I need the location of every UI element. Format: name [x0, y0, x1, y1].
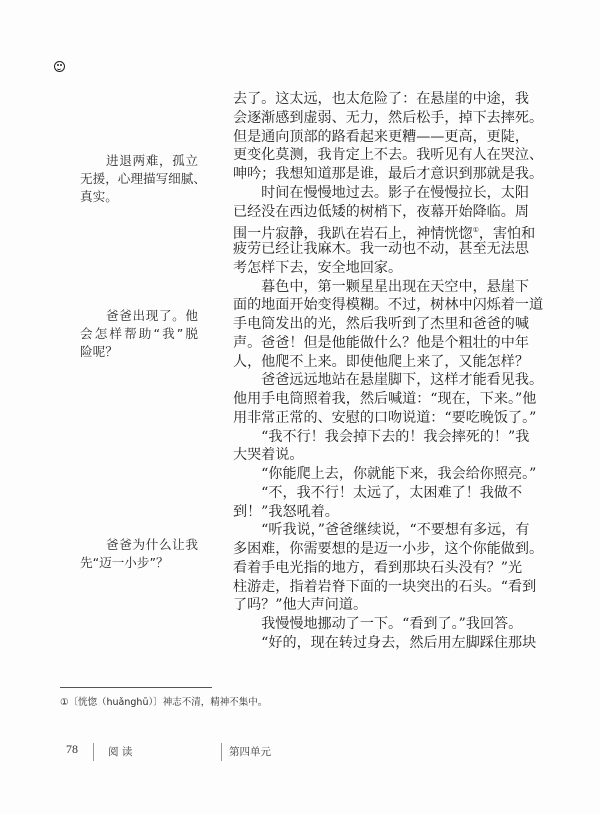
text-line: 考怎样下去，安全地回家。 [233, 259, 515, 278]
text-line: “你能爬上去，你就能下来，我会给你照亮。” [233, 465, 515, 484]
side-note-line: 真实。 [80, 188, 198, 206]
text-line: 用非常正常的、安慰的口吻说道：“要吃晚饭了。” [233, 409, 515, 428]
text-line: 去了。这太远，也太危险了：在悬崖的中途，我 [233, 90, 515, 109]
page-number: 78 [66, 742, 78, 757]
side-note-line: 爸爸为什么让我 [80, 536, 198, 554]
footnote: ①〔恍惚（huǎnghū）〕神志不清，精神不集中。 [60, 694, 267, 708]
text-line: 已经没在西边低矮的树梢下，夜幕开始降临。周 [233, 203, 515, 222]
text-line: 他用手电筒照着我，然后喊道：“现在，下来。”他 [233, 390, 515, 409]
footer-unit: 第四单元 [229, 744, 271, 759]
text-line: 时间在慢慢地过去。影子在慢慢拉长，太阳 [233, 184, 515, 203]
text-line: 人，他爬不上来。即使他爬上来了，又能怎样？ [233, 353, 515, 372]
side-note-line: 先“迈一小步”？ [80, 554, 198, 572]
text-line-with-footnote: 围一片寂静，我趴在岩石上，神情恍惚①，害怕和 [233, 221, 515, 240]
side-note-line: 无援，心理描写细腻、 [80, 170, 198, 188]
text-line: 会逐渐感到虚弱、无力，然后松手，掉下去摔死。 [233, 109, 515, 128]
text-line: 暮色中，第一颗星星出现在天空中，悬崖下 [233, 278, 515, 297]
text-line: “听我说，”爸爸继续说，“不要想有多远，有 [233, 521, 515, 540]
main-text: 去了。这太远，也太危险了：在悬崖的中途，我 会逐渐感到虚弱、无力，然后松手，掉下… [233, 90, 515, 653]
side-note-3: 爸爸为什么让我 先“迈一小步”？ [80, 536, 198, 572]
text-line: 呻吟；我想知道那是谁，最后才意识到那就是我。 [233, 165, 515, 184]
footer-separator [93, 743, 94, 761]
text-line: 面的地面开始变得模糊。不过，树林中闪烁着一道 [233, 296, 515, 315]
text-line: 疲劳已经让我麻木。我一动也不动，甚至无法思 [233, 240, 515, 259]
text-line: 爸爸远远地站在悬崖脚下，这样才能看见我。 [233, 371, 515, 390]
footer-section: 阅 读 [108, 744, 132, 759]
text-line: 更变化莫测，我肯定上不去。我听见有人在哭泣、 [233, 146, 515, 165]
text-line: “不，我不行！太远了，太困难了！我做不 [233, 484, 515, 503]
text-line: “我不行！我会掉下去的！我会摔死的！”我 [233, 428, 515, 447]
text-line: “好的，现在转过身去，然后用左脚踩住那块 [233, 634, 515, 653]
text-line: 柱游走，指着岩脊下面的一块突出的石头。“看到 [233, 578, 515, 597]
side-note-1: 进退两难，孤立 无援，心理描写细腻、 真实。 [80, 152, 198, 206]
side-note-line: 进退两难，孤立 [80, 152, 198, 170]
text-line: 我慢慢地挪动了一下。“看到了。”我回答。 [233, 615, 515, 634]
unit-badge-icon [54, 61, 65, 72]
side-note-line: 爸爸出现了。他 [80, 307, 198, 325]
text-line: 声。爸爸！但是他能做什么？他是个粗壮的中年 [233, 334, 515, 353]
text-line: 多困难，你需要想的是迈一小步，这个你能做到。 [233, 540, 515, 559]
footer-separator [221, 743, 222, 761]
text-line: 手电筒发出的光，然后我听到了杰里和爸爸的喊 [233, 315, 515, 334]
text-line: 但是通向顶部的路看起来更糟——更高，更陡， [233, 128, 515, 147]
footnote-divider [60, 687, 212, 688]
side-note-line: 会怎样帮助“我”脱 [80, 325, 198, 343]
text-line: 了吗？”他大声问道。 [233, 596, 515, 615]
text-line: 看着手电光指的地方，看到那块石头没有？”光 [233, 559, 515, 578]
side-note-2: 爸爸出现了。他 会怎样帮助“我”脱 险呢？ [80, 307, 198, 361]
text-line: 到！”我怒吼着。 [233, 503, 515, 522]
text-line: 大哭着说。 [233, 446, 515, 465]
side-note-line: 险呢？ [80, 343, 198, 361]
